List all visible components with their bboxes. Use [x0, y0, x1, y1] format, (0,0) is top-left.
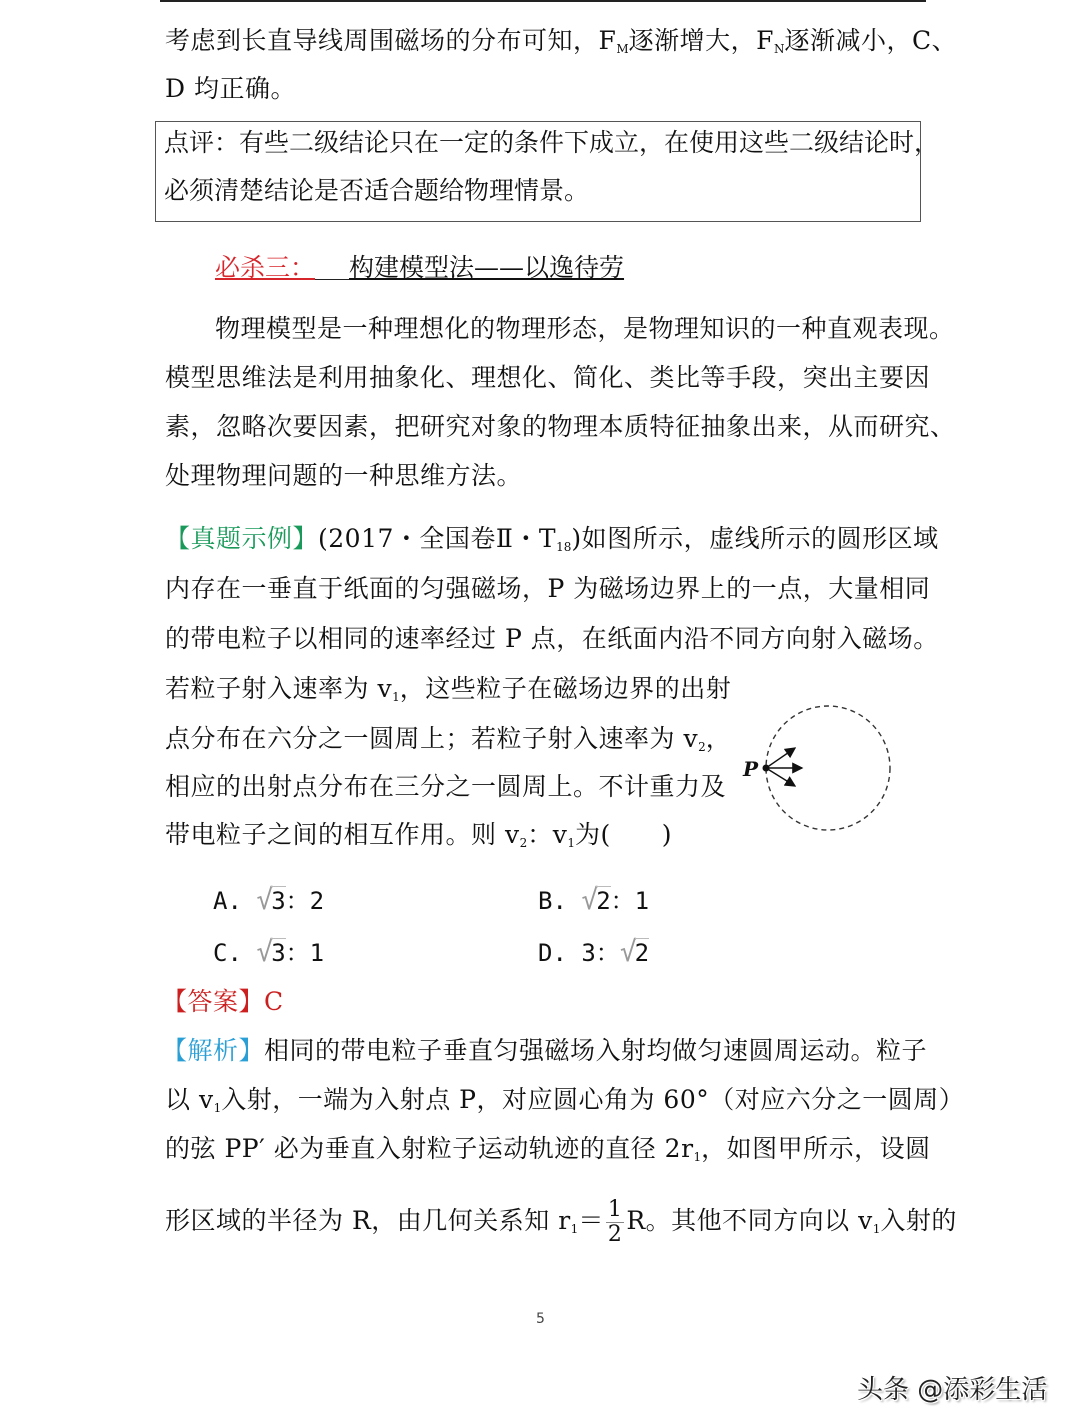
text: ＝: [578, 1206, 604, 1235]
paragraph-line-1: 物理模型是一种理想化的物理形态，是物理知识的一种直观表现。: [215, 314, 955, 344]
top-rule: [160, 0, 926, 2]
page-number: 5: [536, 1311, 545, 1327]
option-root: 3: [271, 938, 285, 967]
point-p-label: P: [743, 757, 758, 781]
fraction-denominator: 2: [606, 1223, 625, 1247]
text: 以 v: [165, 1085, 214, 1114]
option-letter: B.: [538, 887, 567, 915]
text: ，如图甲所示，设圆: [701, 1134, 931, 1163]
text: ：v: [527, 820, 567, 849]
text: 入射，一端为入射点 P，对应圆心角为 60°（对应六分之一圆周）: [221, 1085, 964, 1114]
example-line-6: 相应的出射点分布在三分之一圆周上。不计重力及: [165, 772, 726, 802]
text: 带电粒子之间的相互作用。则 v: [165, 820, 520, 849]
text: 相同的带电粒子垂直匀强磁场入射均做匀速圆周运动。粒子: [264, 1036, 927, 1065]
example-tag: 【真题示例】: [165, 524, 318, 553]
option-a[interactable]: A. √3：2: [213, 885, 324, 916]
section-label: 必杀三：: [215, 253, 315, 282]
analysis-line-3: 的弦 PP′ 必为垂直入射粒子运动轨迹的直径 2r1，如图甲所示，设圆: [165, 1134, 931, 1172]
example-line-1: 【真题示例】(2017・全国卷Ⅱ・T18)如图所示，虚线所示的圆形区域: [165, 524, 939, 562]
paragraph-line-3: 素，忽略次要因素，把研究对象的物理本质特征抽象出来，从而研究、: [165, 412, 956, 442]
option-root: 3: [271, 886, 285, 915]
fraction: 12: [606, 1198, 625, 1247]
option-root: 2: [635, 938, 649, 967]
text: 逐渐增大，F: [629, 26, 774, 55]
circle-diagram-icon: [740, 700, 900, 840]
text: 点分布在六分之一圆周上；若粒子射入速率为 v: [165, 724, 698, 753]
text: 考虑到长直导线周围磁场的分布可知，F: [165, 26, 616, 55]
text: 逐渐减小，C、: [785, 26, 958, 55]
example-line-7: 带电粒子之间的相互作用。则 v2：v1为( ): [165, 820, 672, 858]
text: ，这些粒子在磁场边界的出射: [400, 674, 732, 703]
subscript: N: [774, 42, 785, 56]
answer-line: 【答案】C: [162, 987, 284, 1017]
fraction-numerator: 1: [606, 1198, 625, 1223]
subscript: 1: [567, 836, 575, 850]
underline-gap: [315, 253, 349, 280]
paragraph-line-4: 处理物理问题的一种思维方法。: [165, 461, 522, 491]
text: R。其他不同方向以 v: [626, 1206, 872, 1235]
option-c[interactable]: C. √3：1: [213, 937, 324, 968]
text: 入射的: [880, 1206, 957, 1235]
comment-line-1: 点评：有些二级结论只在一定的条件下成立，在使用这些二级结论时，: [164, 128, 939, 158]
answer-tag: 【答案】: [162, 987, 264, 1016]
option-root: 2: [596, 886, 610, 915]
text: 形区域的半径为 R，由几何关系知 r: [165, 1206, 571, 1235]
example-line-3: 的带电粒子以相同的速率经过 P 点，在纸面内沿不同方向射入磁场。: [165, 624, 939, 654]
option-post: ：1: [286, 939, 324, 967]
subscript: 1: [392, 690, 400, 704]
example-line-5: 点分布在六分之一圆周上；若粒子射入速率为 v2，: [165, 724, 731, 762]
option-d[interactable]: D. 3：√2: [538, 937, 649, 968]
option-letter: D.: [538, 939, 567, 967]
subscript: 18: [556, 540, 571, 554]
option-letter: C.: [213, 939, 242, 967]
analysis-line-4: 形区域的半径为 R，由几何关系知 r1＝12R。其他不同方向以 v1入射的: [165, 1198, 957, 1247]
magnetic-field-diagram: P: [740, 700, 900, 840]
section-heading: 构建模型法——以逸待劳: [349, 253, 624, 282]
example-line-4: 若粒子射入速率为 v1，这些粒子在磁场边界的出射: [165, 674, 731, 712]
section-title: 必杀三：构建模型法——以逸待劳: [215, 253, 624, 283]
analysis-tag: 【解析】: [162, 1036, 264, 1065]
text: ，: [706, 724, 732, 753]
option-pre: 3：: [581, 939, 619, 967]
subscript: 2: [698, 740, 706, 754]
comment-line-2: 必须清楚结论是否适合题给物理情景。: [164, 176, 589, 206]
subscript: M: [616, 42, 628, 56]
option-post: ：1: [611, 887, 649, 915]
option-post: ：2: [286, 887, 324, 915]
intro-line-1: 考虑到长直导线周围磁场的分布可知，FM逐渐增大，FN逐渐减小，C、: [165, 26, 957, 64]
example-line-2: 内存在一垂直于纸面的匀强磁场，P 为磁场边界上的一点，大量相同: [165, 574, 930, 604]
option-letter: A.: [213, 887, 242, 915]
analysis-line-2: 以 v1入射，一端为入射点 P，对应圆心角为 60°（对应六分之一圆周）: [165, 1085, 964, 1123]
text: )如图所示，虚线所示的圆形区域: [571, 524, 938, 553]
option-b[interactable]: B. √2：1: [538, 885, 649, 916]
text: (2017・全国卷Ⅱ・T: [318, 524, 556, 553]
text: 若粒子射入速率为 v: [165, 674, 392, 703]
intro-line-2: D 均正确。: [165, 74, 296, 104]
analysis-line-1: 【解析】相同的带电粒子垂直匀强磁场入射均做匀速圆周运动。粒子: [162, 1036, 927, 1066]
watermark: 头条 @添彩生活: [857, 1369, 1047, 1406]
comment-box: 点评：有些二级结论只在一定的条件下成立，在使用这些二级结论时， 必须清楚结论是否…: [155, 121, 921, 222]
text: 为( ): [575, 820, 672, 849]
answer-value: C: [264, 987, 284, 1016]
paragraph-line-2: 模型思维法是利用抽象化、理想化、简化、类比等手段，突出主要因: [165, 363, 930, 393]
text: 的弦 PP′ 必为垂直入射粒子运动轨迹的直径 2r: [165, 1134, 694, 1163]
